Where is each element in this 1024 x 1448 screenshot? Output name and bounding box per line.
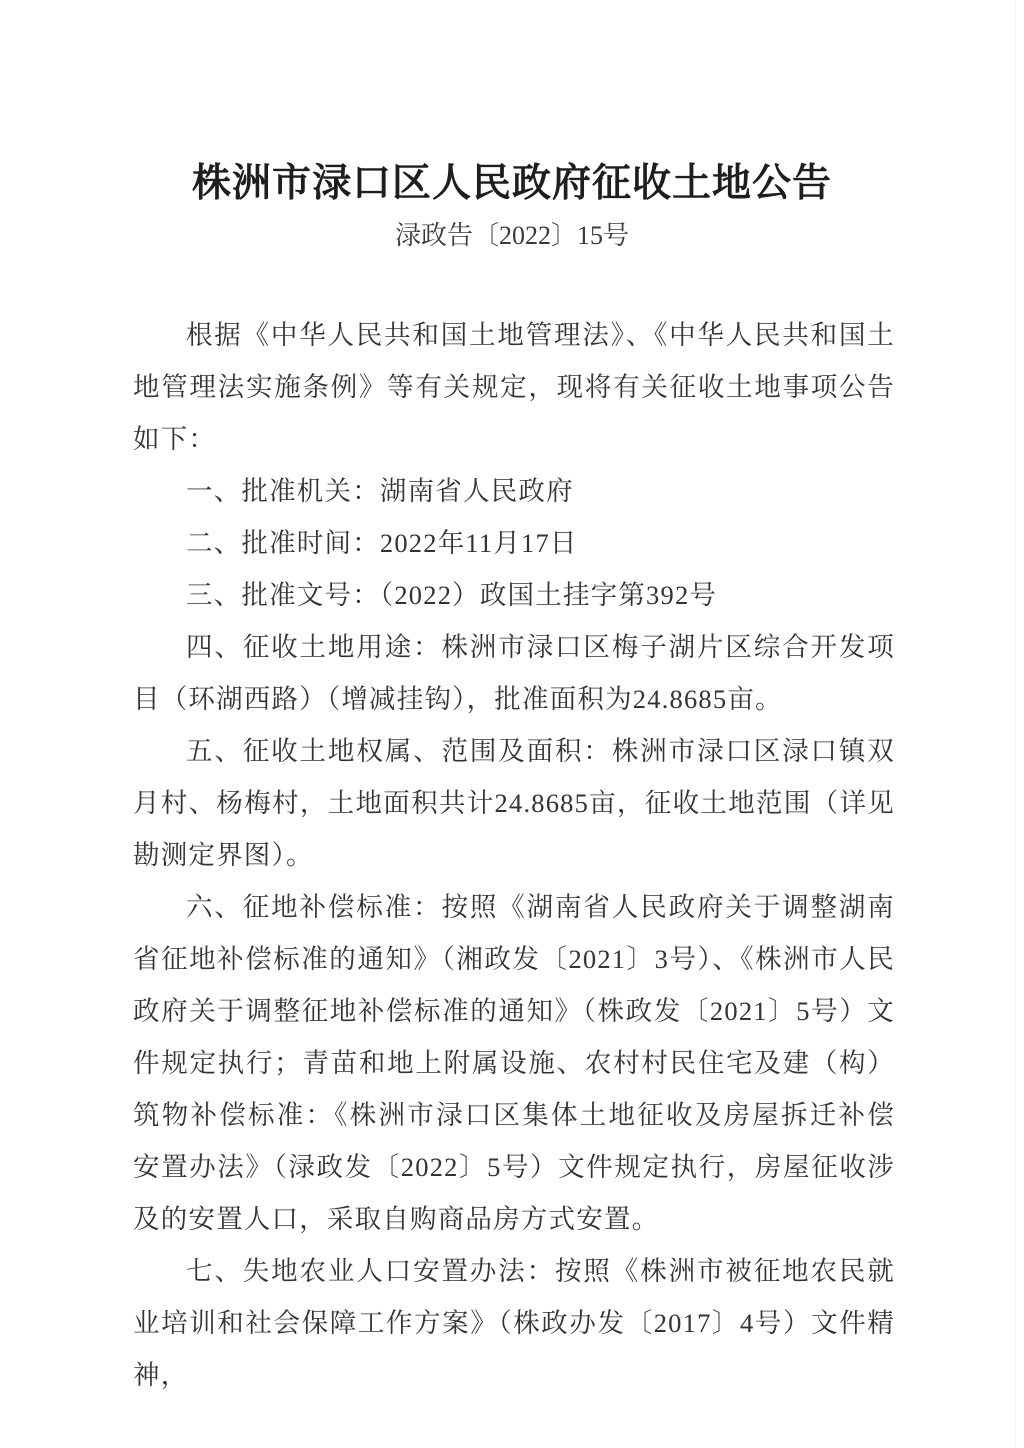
item-label: 六、征地补偿标准：: [186, 892, 441, 922]
scan-edge-line: [1015, 0, 1016, 1448]
document-page: 株洲市渌口区人民政府征收土地公告 渌政告〔2022〕15号 根据《中华人民共和国…: [0, 0, 1024, 1448]
document-body: 根据《中华人民共和国土地管理法》、《中华人民共和国土地管理法实施条例》等有关规定…: [133, 309, 895, 1401]
item-label: 三、批准文号：: [186, 580, 380, 610]
item-label: 一、批准机关：: [186, 476, 380, 506]
item-label: 二、批准时间：: [186, 528, 380, 558]
item-label: 五、征收土地权属、范围及面积：: [186, 736, 612, 766]
item-resettlement-method: 七、失地农业人口安置办法：按照《株洲市被征地农民就业培训和社会保障工作方案》（株…: [133, 1245, 895, 1401]
document-number: 渌政告〔2022〕15号: [0, 218, 1024, 254]
item-land-use: 四、征收土地用途：株洲市渌口区梅子湖片区综合开发项目（环湖西路）（增减挂钩），批…: [133, 621, 895, 725]
item-approval-authority: 一、批准机关：湖南省人民政府: [133, 465, 895, 517]
item-approval-date: 二、批准时间：2022年11月17日: [133, 517, 895, 569]
item-text: 按照《湖南省人民政府关于调整湖南省征地补偿标准的通知》（湘政发〔2021〕3号）…: [133, 892, 895, 1234]
item-text: （2022）政国土挂字第392号: [380, 580, 717, 610]
item-compensation-standard: 六、征地补偿标准：按照《湖南省人民政府关于调整湖南省征地补偿标准的通知》（湘政发…: [133, 881, 895, 1245]
document-title: 株洲市渌口区人民政府征收土地公告: [0, 158, 1024, 208]
item-label: 四、征收土地用途：: [186, 632, 441, 662]
item-approval-number: 三、批准文号：（2022）政国土挂字第392号: [133, 569, 895, 621]
intro-paragraph: 根据《中华人民共和国土地管理法》、《中华人民共和国土地管理法实施条例》等有关规定…: [133, 309, 895, 465]
item-text: 湖南省人民政府: [380, 476, 574, 506]
item-label: 七、失地农业人口安置办法：: [186, 1256, 555, 1286]
item-ownership-scope-area: 五、征收土地权属、范围及面积：株洲市渌口区渌口镇双月村、杨梅村，土地面积共计24…: [133, 725, 895, 881]
item-text: 2022年11月17日: [380, 528, 578, 558]
